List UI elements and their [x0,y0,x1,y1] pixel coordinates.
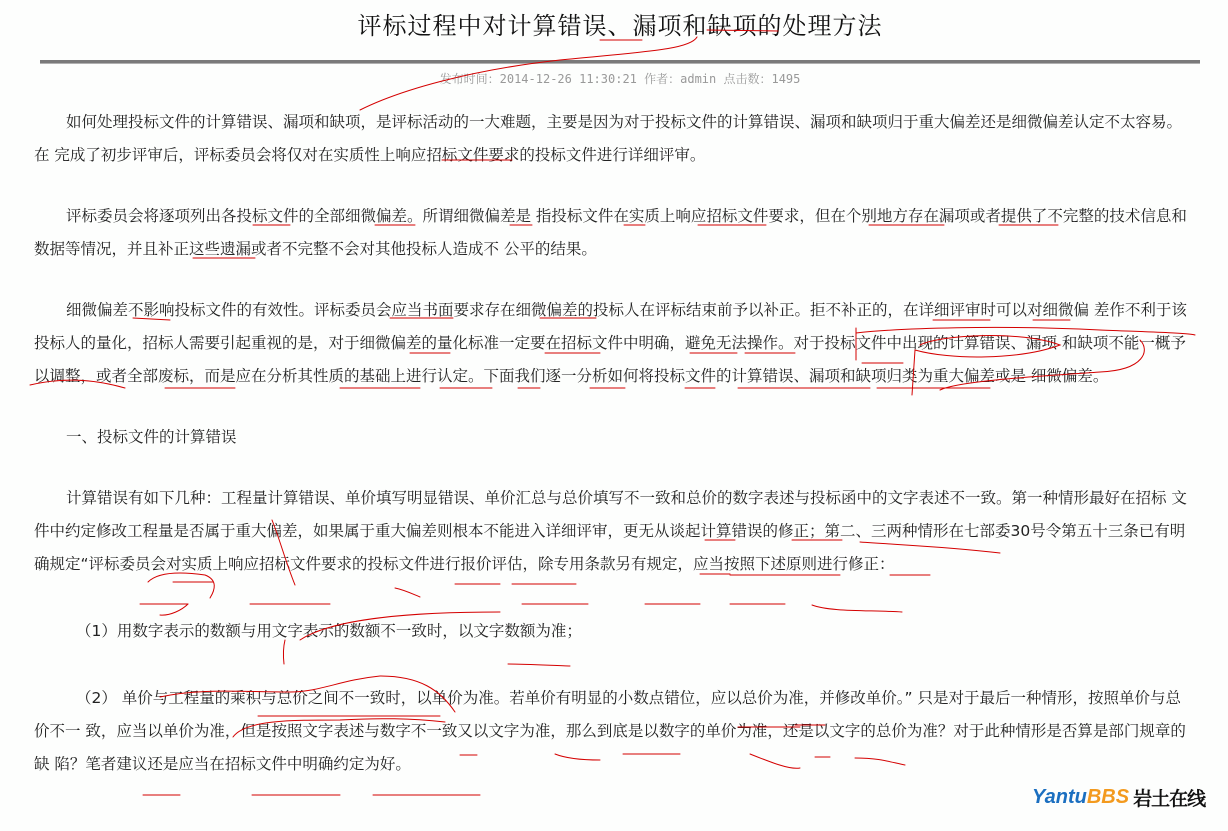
paragraph: 如何处理投标文件的计算错误、漏项和缺项，是评标活动的一大难题，主要是因为对于投标… [34,106,1196,172]
logo-bbs: BBS [1087,786,1129,809]
watermark-logo: Yantu BBS 岩土在线 [1032,784,1205,810]
section-heading: 一、投标文件的计算错误 [34,421,1196,454]
paragraph: 计算错误有如下几种：工程量计算错误、单价填写明显错误、单价汇总与总价填写不一致和… [34,482,1196,581]
rule-item: （2） 单价与工程量的乘积与总价之间不一致时，以单价为准。若单价有明显的小数点错… [34,682,1196,781]
title-divider [40,60,1200,64]
logo-chinese: 岩土在线 [1133,784,1205,811]
rule-item: （1）用数字表示的数额与用文字表示的数额不一致时，以文字数额为准； [34,615,1196,648]
article-body: 如何处理投标文件的计算错误、漏项和缺项，是评标活动的一大难题，主要是因为对于投标… [34,106,1196,781]
logo-latin: Yantu [1032,786,1087,809]
article-meta: 发布时间：2014-12-26 11:30:21 作者：admin 点击数：14… [0,70,1228,87]
paragraph: 评标委员会将逐项列出各投标文件的全部细微偏差。所谓细微偏差是 指投标文件在实质上… [34,200,1196,266]
paragraph: 细微偏差不影响投标文件的有效性。评标委员会应当书面要求存在细微偏差的投标人在评标… [34,294,1196,393]
article-title: 评标过程中对计算错误、漏项和缺项的处理方法 [0,6,1228,41]
